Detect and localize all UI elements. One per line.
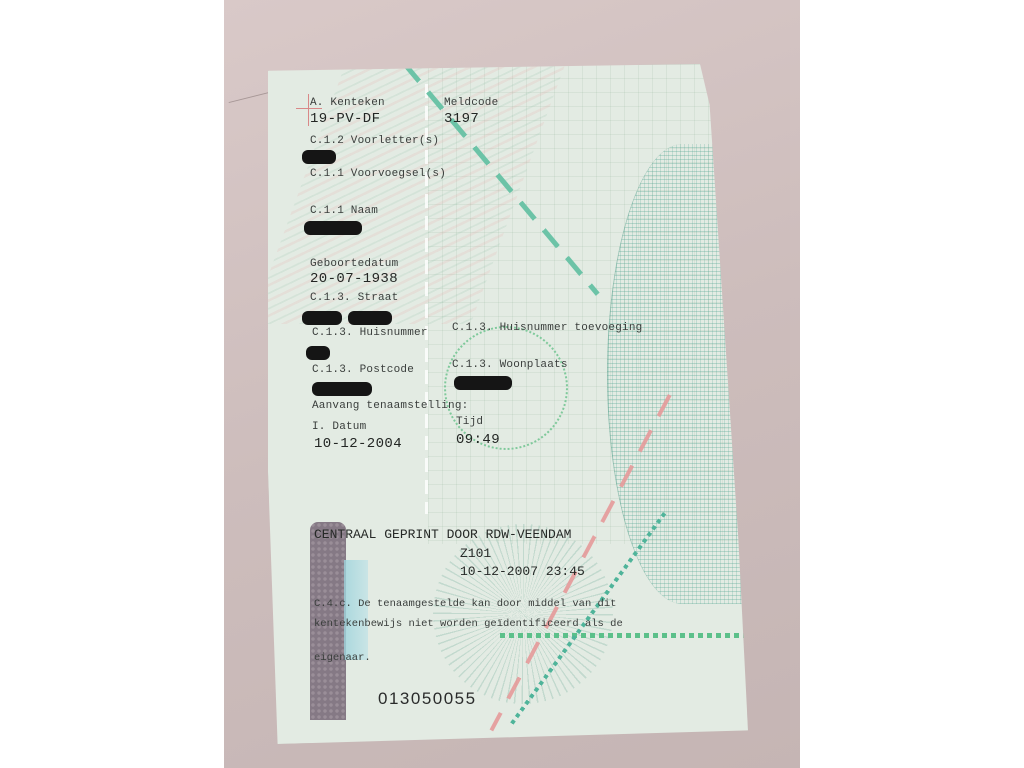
crop-mark: [308, 94, 309, 126]
print-code: Z101: [460, 546, 491, 561]
straat-label: C.1.3. Straat: [310, 292, 398, 304]
geboortedatum-label: Geboortedatum: [310, 258, 398, 270]
redaction-postcode: [312, 382, 372, 396]
kenteken-label: A. Kenteken: [310, 97, 385, 109]
meldcode-label: Meldcode: [444, 97, 498, 109]
note-line-3: eigenaar.: [314, 648, 371, 668]
print-origin: CENTRAAL GEPRINT DOOR RDW-VEENDAM: [314, 527, 571, 542]
woonplaats-label: C.1.3. Woonplaats: [452, 359, 568, 371]
note-line-1: C.4.c. De tenaamgestelde kan door middel…: [314, 594, 616, 614]
redaction-straat-1: [302, 311, 342, 325]
registration-certificate: A. Kenteken 19-PV-DF Meldcode 3197 C.1.2…: [268, 64, 748, 744]
redaction-naam: [304, 221, 362, 235]
huisnummer-toevoeging-label: C.1.3. Huisnummer toevoeging: [452, 322, 642, 334]
datum-value: 10-12-2004: [314, 436, 402, 452]
meldcode-value: 3197: [444, 111, 479, 127]
redaction-huisnummer: [306, 346, 330, 360]
tijd-value: 09:49: [456, 432, 500, 448]
redaction-woonplaats: [454, 376, 512, 390]
voorletters-label: C.1.2 Voorletter(s): [310, 135, 439, 147]
kenteken-value: 19-PV-DF: [310, 111, 380, 127]
postcode-label: C.1.3. Postcode: [312, 364, 414, 376]
redaction-straat-2: [348, 311, 392, 325]
tijd-label: Tijd: [456, 416, 483, 428]
geboortedatum-value: 20-07-1938: [310, 271, 398, 287]
serial-number: 013050055: [378, 689, 477, 709]
huisnummer-label: C.1.3. Huisnummer: [312, 327, 428, 339]
datum-label: I. Datum: [312, 421, 366, 433]
print-timestamp: 10-12-2007 23:45: [460, 564, 585, 579]
naam-label: C.1.1 Naam: [310, 205, 378, 217]
aanvang-label: Aanvang tenaamstelling:: [312, 400, 468, 412]
voorvoegsel-label: C.1.1 Voorvoegsel(s): [310, 168, 446, 180]
perforation-line: [425, 84, 428, 514]
note-line-2: kentekenbewijs niet worden geïdentificee…: [314, 614, 623, 634]
redaction-voorletters: [302, 150, 336, 164]
